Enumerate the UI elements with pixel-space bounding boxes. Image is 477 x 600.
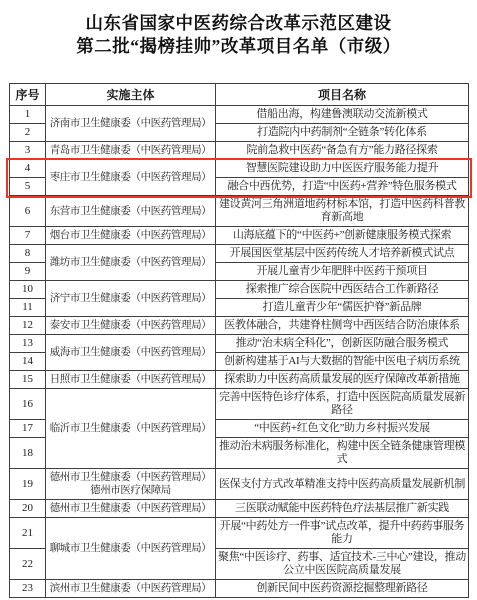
row-number: 3 bbox=[10, 142, 46, 160]
row-number: 23 bbox=[10, 580, 46, 598]
entity-cell: 潍坊市卫生健康委（中医药管理局） bbox=[46, 245, 216, 281]
project-cell: 智慧医院建设助力中医医疗服务能力提升 bbox=[216, 160, 469, 178]
entity-cell: 聊城市卫生健康委（中医药管理局） bbox=[46, 518, 216, 580]
document-title: 山东省国家中医药综合改革示范区建设 第二批“揭榜挂帅”改革项目名单（市级） bbox=[9, 12, 468, 58]
table-row: 23滨州市卫生健康委（中医药管理局）创新民间中医药资源挖掘整理新路径 bbox=[10, 580, 469, 598]
project-cell: 创新民间中医药资源挖掘整理新路径 bbox=[216, 580, 469, 598]
table-row: 21聊城市卫生健康委（中医药管理局）开展“中药处方一件事”试点改革，提升中药药事… bbox=[10, 518, 469, 549]
row-number: 5 bbox=[10, 178, 46, 196]
row-number: 19 bbox=[10, 469, 46, 500]
row-number: 14 bbox=[10, 353, 46, 371]
row-number: 10 bbox=[10, 281, 46, 299]
title-line-2: 第二批“揭榜挂帅”改革项目名单（市级） bbox=[9, 35, 468, 58]
table-row: 1济南市卫生健康委（中医药管理局）借船出海，构建鲁澳联动交流新模式 bbox=[10, 106, 469, 124]
project-cell: 探索推广综合医院中西医结合工作新路径 bbox=[216, 281, 469, 299]
row-number: 15 bbox=[10, 371, 46, 389]
project-cell: 聚焦“中医诊疗、药事、适宜技术-三中心”建设，推动公立中医医院高质量发展 bbox=[216, 549, 469, 580]
column-header-no: 序号 bbox=[10, 84, 46, 106]
project-cell: 打造院内中药制剂“全链条”转化体系 bbox=[216, 124, 469, 142]
table-row: 7烟台市卫生健康委（中医药管理局）山海底蕴下的“中医药+”创新健康服务模式探索 bbox=[10, 227, 469, 245]
project-cell: 山海底蕴下的“中医药+”创新健康服务模式探索 bbox=[216, 227, 469, 245]
entity-cell: 东营市卫生健康委（中医药管理局） bbox=[46, 196, 216, 227]
project-cell: 创新构建基于AI与大数据的智能中医电子病历系统 bbox=[216, 353, 469, 371]
table-row: 16临沂市卫生健康委（中医药管理局）完善中医特色诊疗体系，打造中医医院高质量发展… bbox=[10, 389, 469, 420]
project-cell: 打造儿童青少年“儒医护脊”新品牌 bbox=[216, 299, 469, 317]
project-cell: 推动“治未病全科化”，创新医防融合服务模式 bbox=[216, 335, 469, 353]
document-page: 山东省国家中医药综合改革示范区建设 第二批“揭榜挂帅”改革项目名单（市级） 序号… bbox=[0, 0, 477, 600]
row-number: 18 bbox=[10, 438, 46, 469]
row-number: 1 bbox=[10, 106, 46, 124]
row-number: 4 bbox=[10, 160, 46, 178]
row-number: 22 bbox=[10, 549, 46, 580]
entity-cell: 德州市卫生健康委（中医药管理局） bbox=[46, 500, 216, 518]
row-number: 16 bbox=[10, 389, 46, 420]
project-cell: 探索助力中医药高质量发展的医疗保障改革新措施 bbox=[216, 371, 469, 389]
row-number: 21 bbox=[10, 518, 46, 549]
project-cell: 开展国医堂基层中医药传统人才培养新模式试点 bbox=[216, 245, 469, 263]
entity-cell: 威海市卫生健康委（中医药管理局） bbox=[46, 335, 216, 371]
table-header: 序号 实施主体 项目名称 bbox=[10, 84, 469, 106]
table-container: 序号 实施主体 项目名称 1济南市卫生健康委（中医药管理局）借船出海，构建鲁澳联… bbox=[9, 83, 468, 598]
project-cell: 建设黄河三角洲道地药材标本馆，打造中医药科普教育新高地 bbox=[216, 196, 469, 227]
entity-cell: 烟台市卫生健康委（中医药管理局） bbox=[46, 227, 216, 245]
table-row: 10济宁市卫生健康委（中医药管理局）探索推广综合医院中西医结合工作新路径 bbox=[10, 281, 469, 299]
row-number: 12 bbox=[10, 317, 46, 335]
row-number: 13 bbox=[10, 335, 46, 353]
row-number: 11 bbox=[10, 299, 46, 317]
table-row: 19德州市卫生健康委（中医药管理局） 德州市医疗保障局医保支付方式改革精准支持中… bbox=[10, 469, 469, 500]
table-row: 15日照市卫生健康委（中医药管理局）探索助力中医药高质量发展的医疗保障改革新措施 bbox=[10, 371, 469, 389]
entity-cell: 滨州市卫生健康委（中医药管理局） bbox=[46, 580, 216, 598]
row-number: 17 bbox=[10, 420, 46, 438]
table-row: 20德州市卫生健康委（中医药管理局）三医联动赋能中医药特色疗法基层推广新实践 bbox=[10, 500, 469, 518]
project-cell: 开展“中药处方一件事”试点改革，提升中药药事服务能力 bbox=[216, 518, 469, 549]
project-cell: 融合中西优势，打造“中医药+营养”特色服务模式 bbox=[216, 178, 469, 196]
entity-cell: 临沂市卫生健康委（中医药管理局） bbox=[46, 389, 216, 469]
row-number: 9 bbox=[10, 263, 46, 281]
project-cell: 推动治未病服务标准化，构建中医全链条健康管理模式 bbox=[216, 438, 469, 469]
projects-table: 序号 实施主体 项目名称 1济南市卫生健康委（中医药管理局）借船出海，构建鲁澳联… bbox=[9, 83, 469, 598]
row-number: 7 bbox=[10, 227, 46, 245]
table-row: 13威海市卫生健康委（中医药管理局）推动“治未病全科化”，创新医防融合服务模式 bbox=[10, 335, 469, 353]
header-row: 序号 实施主体 项目名称 bbox=[10, 84, 469, 106]
row-number: 8 bbox=[10, 245, 46, 263]
table-row: 3青岛市卫生健康委（中医药管理局）院前急救中医药“备急有方”能力路径探索 bbox=[10, 142, 469, 160]
project-cell: 借船出海，构建鲁澳联动交流新模式 bbox=[216, 106, 469, 124]
column-header-entity: 实施主体 bbox=[46, 84, 216, 106]
project-cell: 医教体融合，共建脊柱侧弯中西医结合防治康体系 bbox=[216, 317, 469, 335]
row-number: 6 bbox=[10, 196, 46, 227]
table-row: 4枣庄市卫生健康委（中医药管理局）智慧医院建设助力中医医疗服务能力提升 bbox=[10, 160, 469, 178]
entity-cell: 泰安市卫生健康委（中医药管理局） bbox=[46, 317, 216, 335]
table-row: 12泰安市卫生健康委（中医药管理局）医教体融合，共建脊柱侧弯中西医结合防治康体系 bbox=[10, 317, 469, 335]
projects-table-body: 1济南市卫生健康委（中医药管理局）借船出海，构建鲁澳联动交流新模式2打造院内中药… bbox=[10, 106, 469, 598]
column-header-project: 项目名称 bbox=[216, 84, 469, 106]
project-cell: 开展儿童青少年肥胖中医药干预项目 bbox=[216, 263, 469, 281]
table-row: 6东营市卫生健康委（中医药管理局）建设黄河三角洲道地药材标本馆，打造中医药科普教… bbox=[10, 196, 469, 227]
row-number: 2 bbox=[10, 124, 46, 142]
title-line-1: 山东省国家中医药综合改革示范区建设 bbox=[9, 12, 468, 35]
table-row: 8潍坊市卫生健康委（中医药管理局）开展国医堂基层中医药传统人才培养新模式试点 bbox=[10, 245, 469, 263]
project-cell: 完善中医特色诊疗体系，打造中医医院高质量发展新路径 bbox=[216, 389, 469, 420]
entity-cell: 青岛市卫生健康委（中医药管理局） bbox=[46, 142, 216, 160]
entity-cell: 日照市卫生健康委（中医药管理局） bbox=[46, 371, 216, 389]
project-cell: 院前急救中医药“备急有方”能力路径探索 bbox=[216, 142, 469, 160]
entity-cell: 济南市卫生健康委（中医药管理局） bbox=[46, 106, 216, 142]
project-cell: 医保支付方式改革精准支持中医药高质量发展新机制 bbox=[216, 469, 469, 500]
entity-cell: 济宁市卫生健康委（中医药管理局） bbox=[46, 281, 216, 317]
row-number: 20 bbox=[10, 500, 46, 518]
project-cell: “中医药+红色文化”助力乡村振兴发展 bbox=[216, 420, 469, 438]
entity-cell: 枣庄市卫生健康委（中医药管理局） bbox=[46, 160, 216, 196]
entity-cell: 德州市卫生健康委（中医药管理局） 德州市医疗保障局 bbox=[46, 469, 216, 500]
project-cell: 三医联动赋能中医药特色疗法基层推广新实践 bbox=[216, 500, 469, 518]
